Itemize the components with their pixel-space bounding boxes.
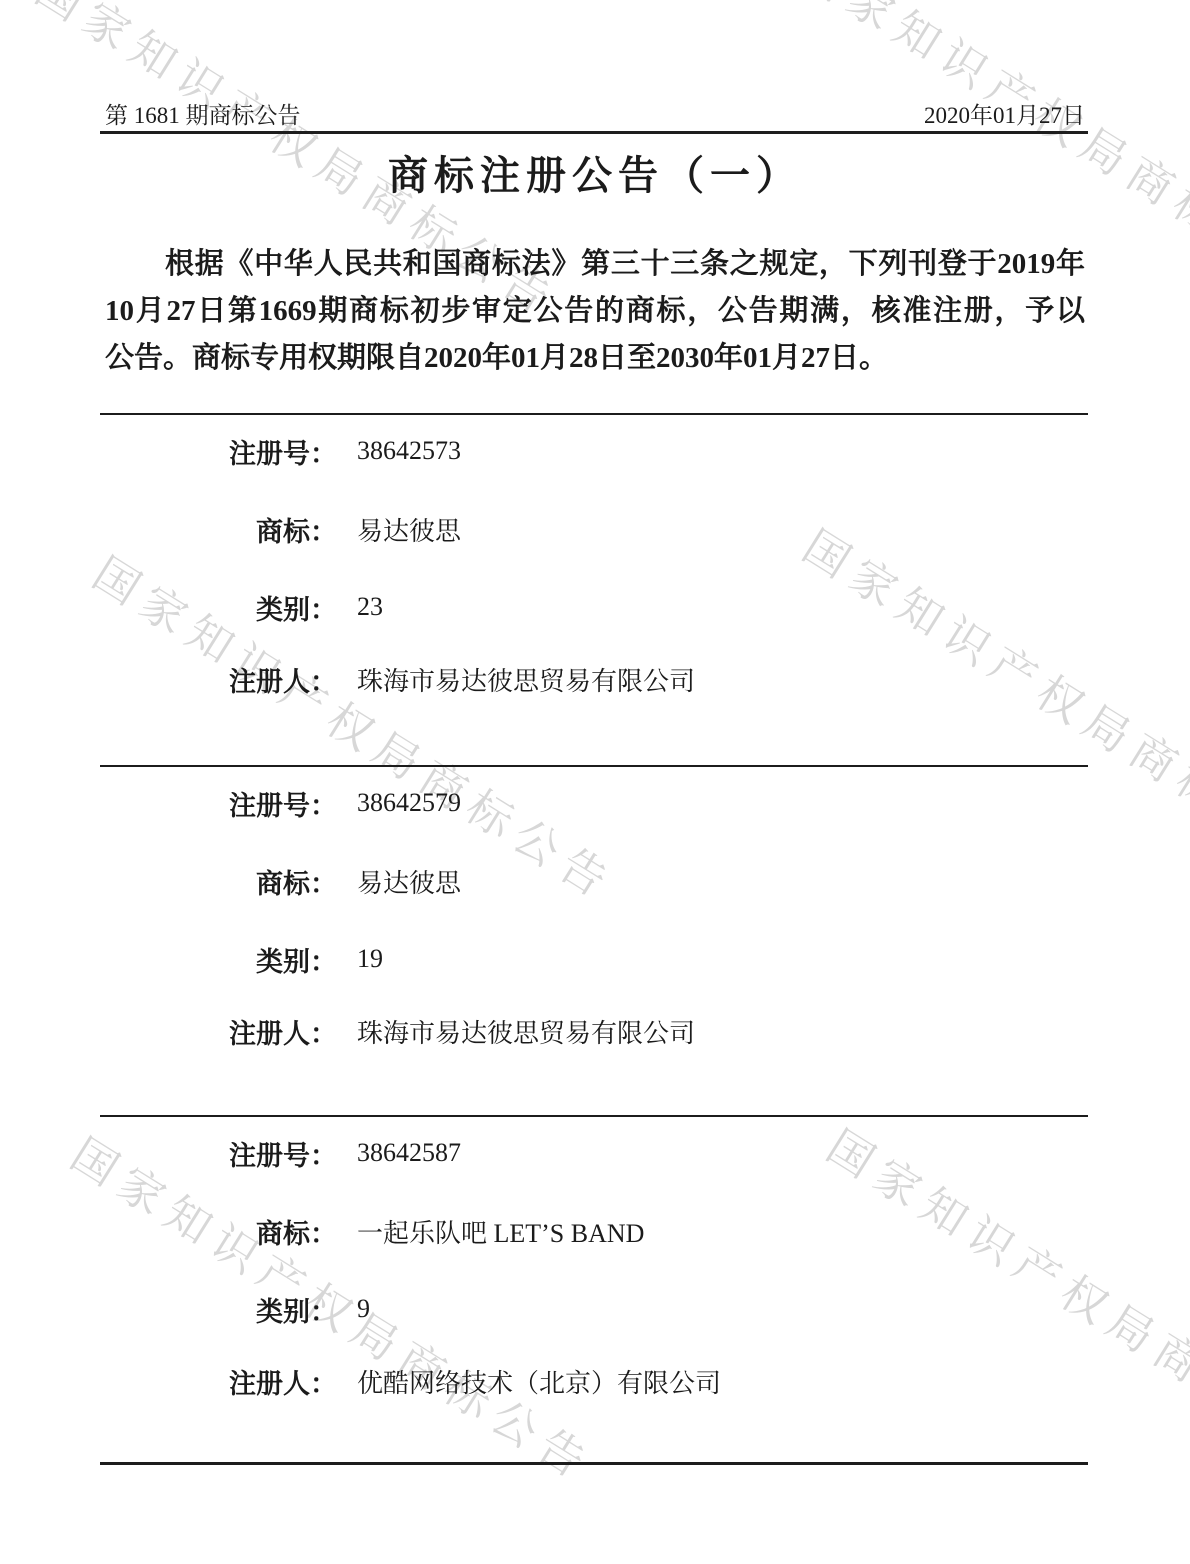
field-value-category: 9 xyxy=(357,1294,370,1324)
intro-paragraph: 根据《中华人民共和国商标法》第三十三条之规定，下列刊登于2019年 10月27日… xyxy=(105,241,1085,382)
field-row-reg-no: 注册号： 38642579 xyxy=(100,785,461,821)
field-row-category: 类别： 23 xyxy=(100,589,383,625)
trademark-record-3: 注册号： 38642587 商标： 一起乐队吧 LET’S BAND 类别： 9… xyxy=(100,1115,1088,1464)
field-row-reg-no: 注册号： 38642573 xyxy=(100,433,461,469)
field-label-category: 类别： xyxy=(100,588,337,627)
gazette-issue-number: 第 1681 期商标公告 xyxy=(105,97,301,130)
field-row-mark: 商标： 一起乐队吧 LET’S BAND xyxy=(100,1213,644,1249)
field-row-reg-no: 注册号： 38642587 xyxy=(100,1135,461,1171)
field-value-registrant: 珠海市易达彼思贸易有限公司 xyxy=(357,661,695,698)
gazette-page: 国家知识产权局商标公告 国家知识产权局商标公告 国家知识产权局商标公告 国家知识… xyxy=(0,0,1190,1564)
field-value-registrant: 珠海市易达彼思贸易有限公司 xyxy=(357,1013,695,1050)
field-row-registrant: 注册人： 优酷网络技术（北京）有限公司 xyxy=(100,1363,721,1399)
field-label-reg-no: 注册号： xyxy=(100,784,337,823)
field-value-mark: 易达彼思 xyxy=(357,863,461,900)
field-value-reg-no: 38642573 xyxy=(357,436,461,466)
field-label-reg-no: 注册号： xyxy=(100,1134,337,1173)
field-label-mark: 商标： xyxy=(100,510,337,549)
page-title: 商标注册公告（一） xyxy=(0,144,1190,201)
field-row-category: 类别： 9 xyxy=(100,1291,370,1327)
field-value-category: 19 xyxy=(357,944,383,974)
intro-line: 10月27日第1669期商标初步审定公告的商标，公告期满，核准注册，予以 xyxy=(105,288,1085,335)
field-label-registrant: 注册人： xyxy=(100,660,337,699)
field-label-registrant: 注册人： xyxy=(100,1012,337,1051)
field-row-mark: 商标： 易达彼思 xyxy=(100,511,461,547)
trademark-record-2: 注册号： 38642579 商标： 易达彼思 类别： 19 注册人： 珠海市易达… xyxy=(100,765,1088,1117)
field-value-category: 23 xyxy=(357,592,383,622)
bottom-rule xyxy=(100,1462,1088,1465)
field-row-registrant: 注册人： 珠海市易达彼思贸易有限公司 xyxy=(100,661,695,697)
field-row-mark: 商标： 易达彼思 xyxy=(100,863,461,899)
field-label-category: 类别： xyxy=(100,1290,337,1329)
field-label-registrant: 注册人： xyxy=(100,1362,337,1401)
intro-line: 根据《中华人民共和国商标法》第三十三条之规定，下列刊登于2019年 xyxy=(105,241,1085,288)
header-rule xyxy=(100,131,1088,134)
gazette-content: 第 1681 期商标公告 2020年01月27日 商标注册公告（一） 根据《中华… xyxy=(0,0,1190,1564)
field-value-mark: 易达彼思 xyxy=(357,511,461,548)
intro-line: 公告。商标专用权期限自2020年01月28日至2030年01月27日。 xyxy=(105,335,1085,382)
field-row-registrant: 注册人： 珠海市易达彼思贸易有限公司 xyxy=(100,1013,695,1049)
field-label-reg-no: 注册号： xyxy=(100,432,337,471)
field-row-category: 类别： 19 xyxy=(100,941,383,977)
field-value-registrant: 优酷网络技术（北京）有限公司 xyxy=(357,1363,721,1400)
field-label-category: 类别： xyxy=(100,940,337,979)
field-label-mark: 商标： xyxy=(100,1212,337,1251)
field-value-mark: 一起乐队吧 LET’S BAND xyxy=(357,1213,644,1250)
trademark-record-1: 注册号： 38642573 商标： 易达彼思 类别： 23 注册人： 珠海市易达… xyxy=(100,413,1088,767)
gazette-date: 2020年01月27日 xyxy=(924,97,1085,130)
field-label-mark: 商标： xyxy=(100,862,337,901)
field-value-reg-no: 38642579 xyxy=(357,788,461,818)
field-value-reg-no: 38642587 xyxy=(357,1138,461,1168)
